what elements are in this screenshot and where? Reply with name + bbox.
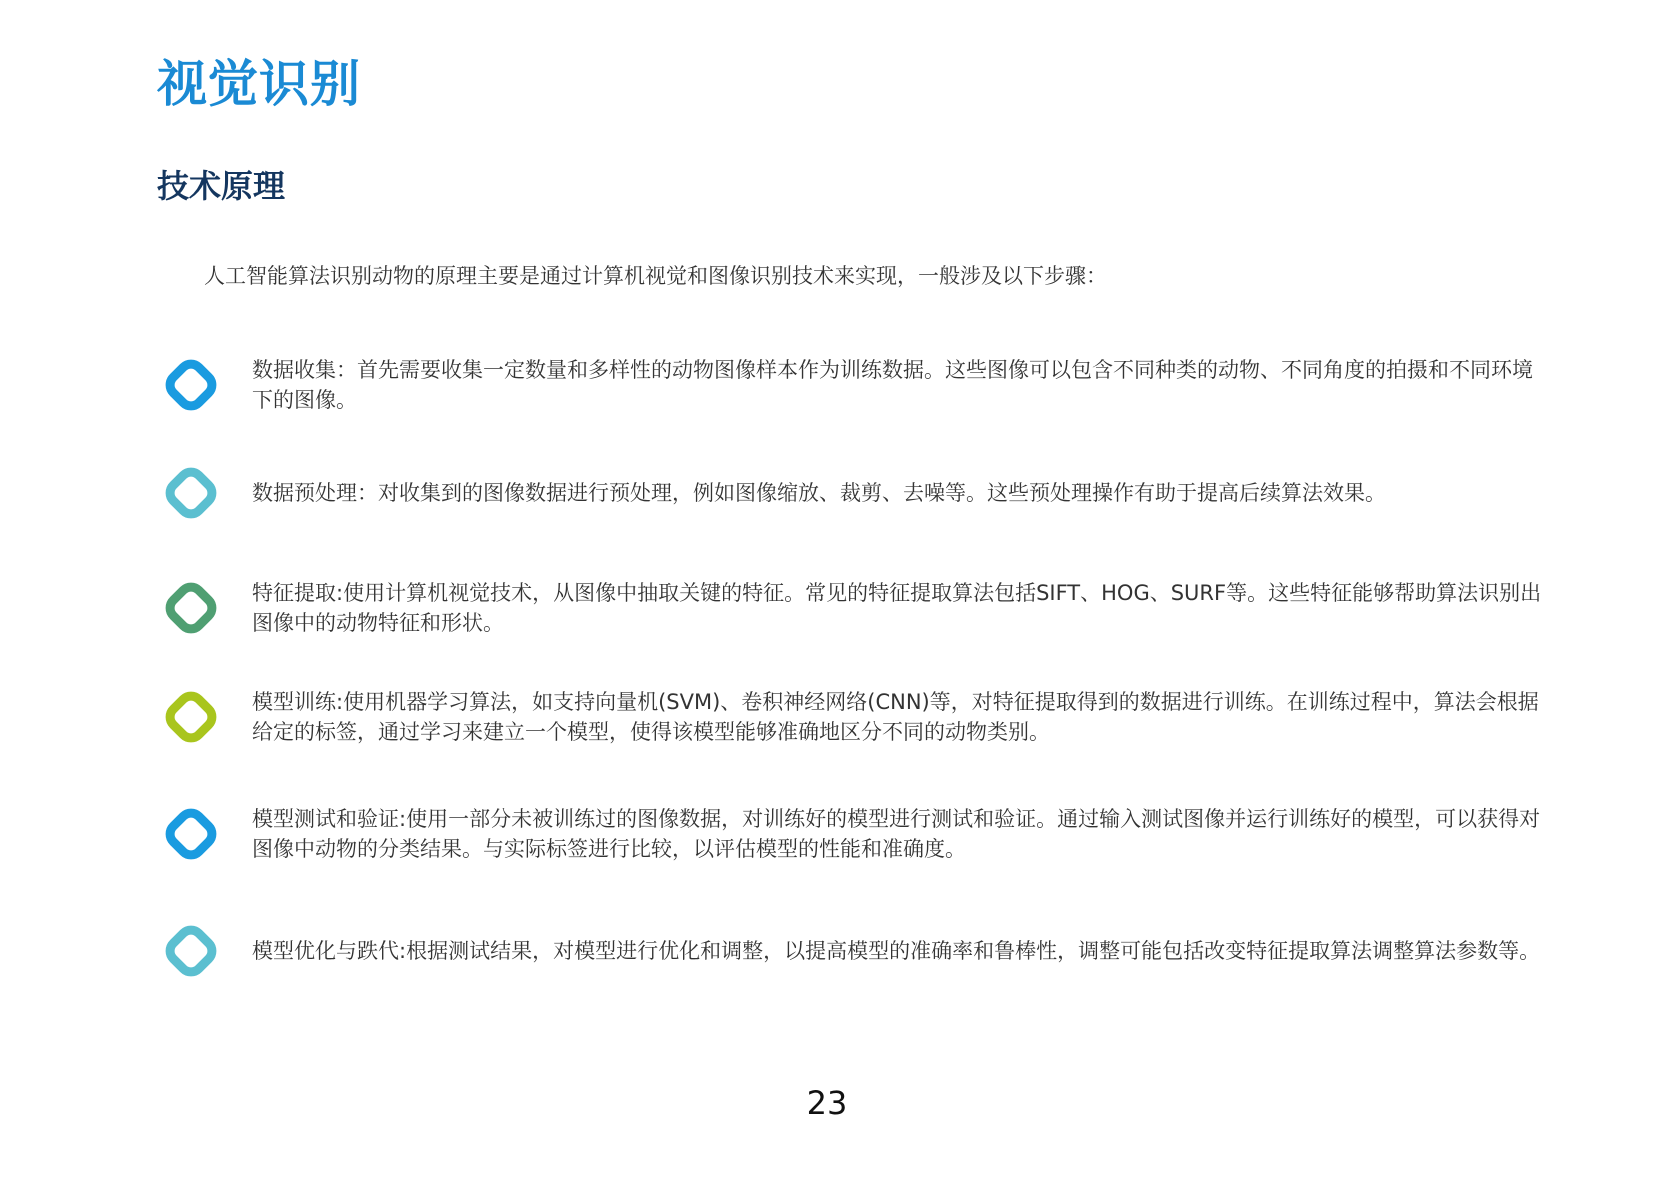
step-item-data-preprocessing: 数据预处理：对收集到的图像数据进行预处理，例如图像缩放、裁剪、去噪等。这些预处理… [158,460,1538,530]
rounded-diamond-ring-icon [158,575,224,641]
step-text: 数据预处理：对收集到的图像数据进行预处理，例如图像缩放、裁剪、去噪等。这些预处理… [252,460,1542,526]
rounded-diamond-ring-icon [158,801,224,867]
page-title: 视觉识别 [157,52,361,116]
rounded-diamond-ring-icon [158,918,224,984]
step-item-model-training: 模型训练:使用机器学习算法，如支持向量机(SVM)、卷积神经网络(CNN)等，对… [158,684,1538,754]
step-text: 数据收集：首先需要收集一定数量和多样性的动物图像样本作为训练数据。这些图像可以包… [252,352,1542,418]
step-item-model-optimization: 模型优化与跌代:根据测试结果，对模型进行优化和调整，以提高模型的准确率和鲁棒性，… [158,918,1538,988]
step-item-feature-extraction: 特征提取:使用计算机视觉技术，从图像中抽取关键的特征。常见的特征提取算法包括SI… [158,575,1538,645]
rounded-diamond-ring-icon [158,352,224,418]
intro-paragraph: 人工智能算法识别动物的原理主要是通过计算机视觉和图像识别技术来实现，一般涉及以下… [204,260,1107,292]
step-text: 模型优化与跌代:根据测试结果，对模型进行优化和调整，以提高模型的准确率和鲁棒性，… [252,918,1542,984]
step-text: 特征提取:使用计算机视觉技术，从图像中抽取关键的特征。常见的特征提取算法包括SI… [252,575,1542,641]
rounded-diamond-ring-icon [158,684,224,750]
step-item-model-testing: 模型测试和验证:使用一部分未被训练过的图像数据，对训练好的模型进行测试和验证。通… [158,801,1538,871]
step-text: 模型训练:使用机器学习算法，如支持向量机(SVM)、卷积神经网络(CNN)等，对… [252,684,1542,750]
section-heading: 技术原理 [157,164,285,208]
step-item-data-collection: 数据收集：首先需要收集一定数量和多样性的动物图像样本作为训练数据。这些图像可以包… [158,352,1538,422]
rounded-diamond-ring-icon [158,460,224,526]
step-text: 模型测试和验证:使用一部分未被训练过的图像数据，对训练好的模型进行测试和验证。通… [252,801,1542,867]
page-number: 23 [0,1083,1654,1123]
